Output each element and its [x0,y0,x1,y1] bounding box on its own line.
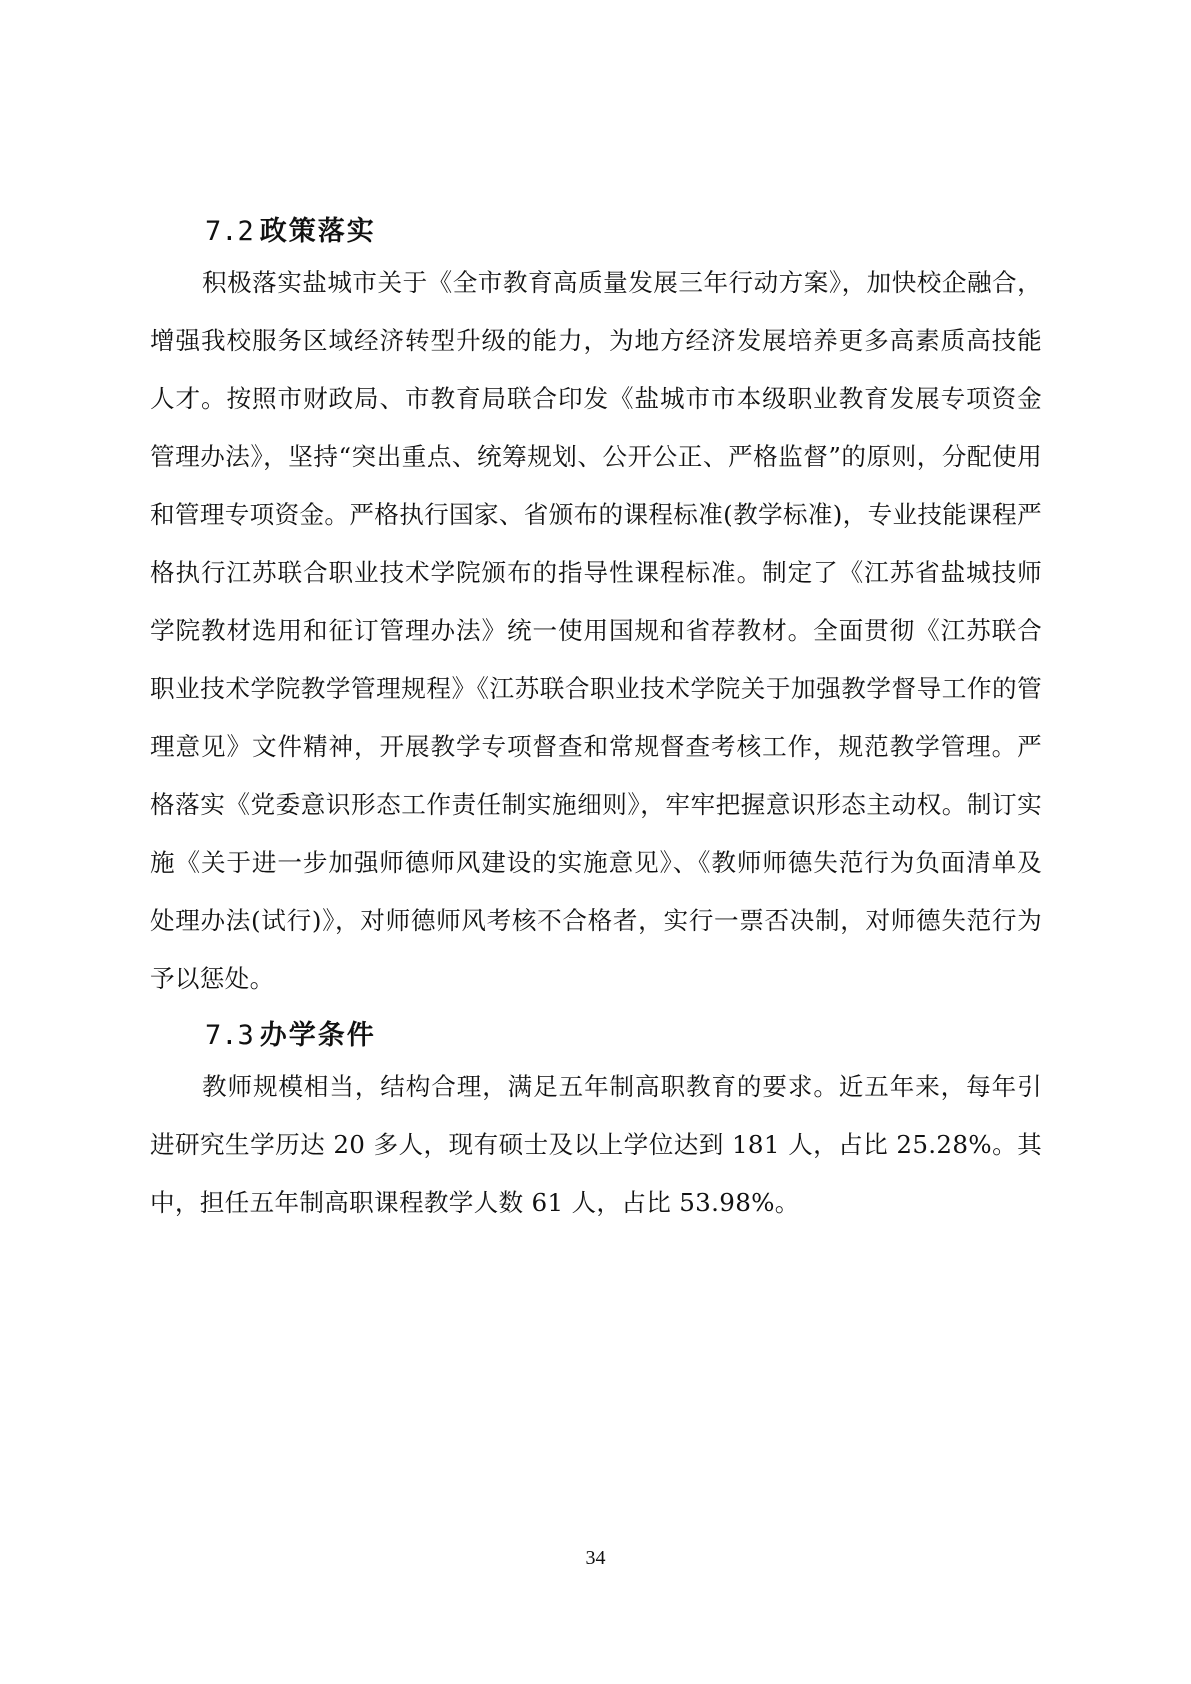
section-heading-7-2: 7.2政策落实 [205,210,1042,254]
paragraph-school-conditions: 教师规模相当，结构合理，满足五年制高职教育的要求。近五年来，每年引进研究生学历达… [150,1058,1042,1232]
document-page: 7.2政策落实 积极落实盐城市关于《全市教育高质量发展三年行动方案》，加快校企融… [0,0,1191,1684]
section-number: 7.3 [205,1020,254,1051]
section-number: 7.2 [205,216,254,247]
paragraph-policy-implementation: 积极落实盐城市关于《全市教育高质量发展三年行动方案》，加快校企融合，增强我校服务… [150,254,1042,1008]
section-title: 办学条件 [260,1020,376,1051]
page-number: 34 [0,1547,1191,1570]
page-content: 7.2政策落实 积极落实盐城市关于《全市教育高质量发展三年行动方案》，加快校企融… [150,210,1042,1232]
section-heading-7-3: 7.3办学条件 [205,1014,1042,1058]
section-title: 政策落实 [260,216,376,247]
